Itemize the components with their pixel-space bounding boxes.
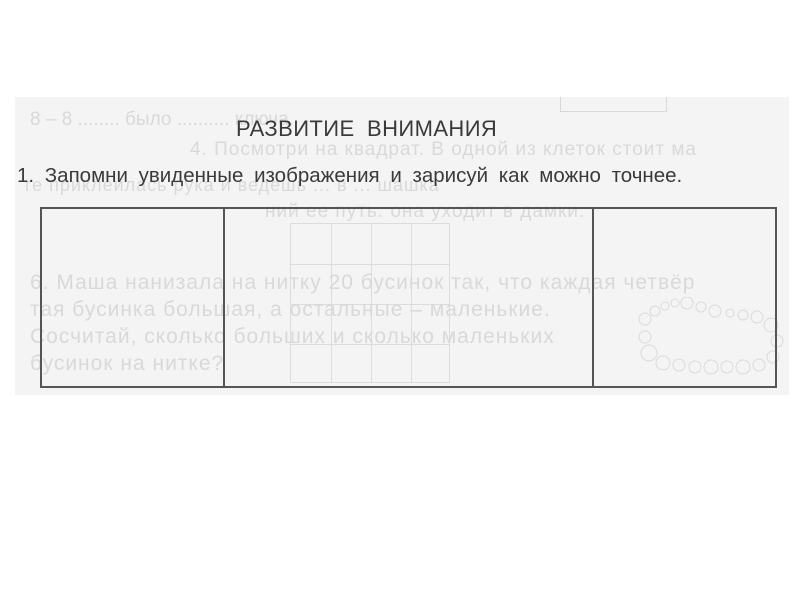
- ghost-frame: [560, 97, 667, 112]
- drawing-boxes-row: [40, 207, 777, 388]
- ghost-text-line: 4. Посмотри на квадрат. В одной из клето…: [190, 139, 697, 161]
- drawing-box-2: [225, 209, 594, 386]
- drawing-box-1: [42, 209, 225, 386]
- section-heading: РАЗВИТИЕ ВНИМАНИЯ: [0, 116, 800, 142]
- task-instruction: 1. Запомни увиденные изображения и зарис…: [17, 164, 682, 188]
- drawing-box-3: [594, 209, 775, 386]
